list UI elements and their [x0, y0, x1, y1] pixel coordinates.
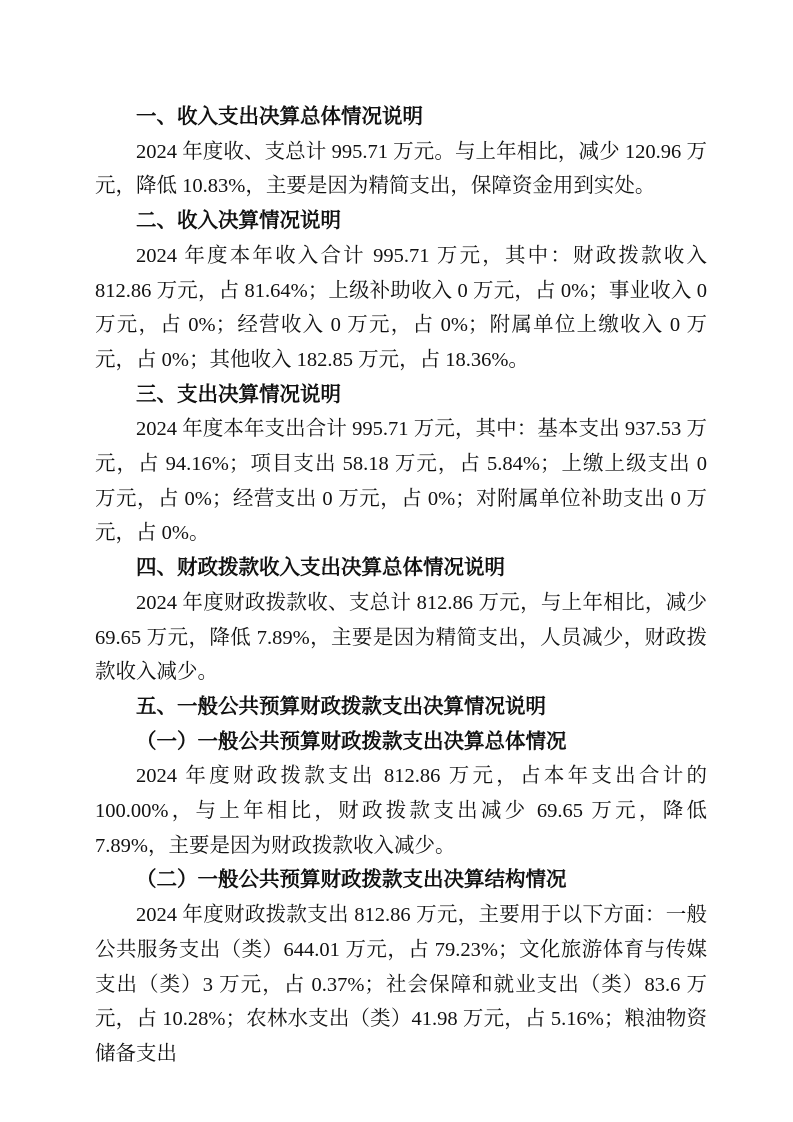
subsection-heading-5-1: （一）一般公共预算财政拨款支出决算总体情况: [95, 725, 707, 760]
subsection-heading-5-2: （二）一般公共预算财政拨款支出决算结构情况: [95, 863, 707, 898]
section-heading-3: 三、支出决算情况说明: [95, 378, 707, 413]
document-page: 一、收入支出决算总体情况说明 2024 年度收、支总计 995.71 万元。与上…: [0, 0, 793, 1122]
section-heading-5: 五、一般公共预算财政拨款支出决算情况说明: [95, 690, 707, 725]
subsection-5-1-paragraph: 2024 年度财政拨款支出 812.86 万元，占本年支出合计的 100.00%…: [95, 759, 707, 863]
section-3-paragraph: 2024 年度本年支出合计 995.71 万元，其中：基本支出 937.53 万…: [95, 412, 707, 551]
section-heading-1: 一、收入支出决算总体情况说明: [95, 100, 707, 135]
section-4-paragraph: 2024 年度财政拨款收、支总计 812.86 万元，与上年相比，减少 69.6…: [95, 586, 707, 690]
subsection-5-2-paragraph: 2024 年度财政拨款支出 812.86 万元，主要用于以下方面：一般公共服务支…: [95, 898, 707, 1072]
section-2-paragraph: 2024 年度本年收入合计 995.71 万元，其中：财政拨款收入 812.86…: [95, 239, 707, 378]
document-content: 一、收入支出决算总体情况说明 2024 年度收、支总计 995.71 万元。与上…: [95, 100, 707, 1072]
section-1-paragraph: 2024 年度收、支总计 995.71 万元。与上年相比，减少 120.96 万…: [95, 135, 707, 204]
section-heading-4: 四、财政拨款收入支出决算总体情况说明: [95, 551, 707, 586]
section-heading-2: 二、收入决算情况说明: [95, 204, 707, 239]
